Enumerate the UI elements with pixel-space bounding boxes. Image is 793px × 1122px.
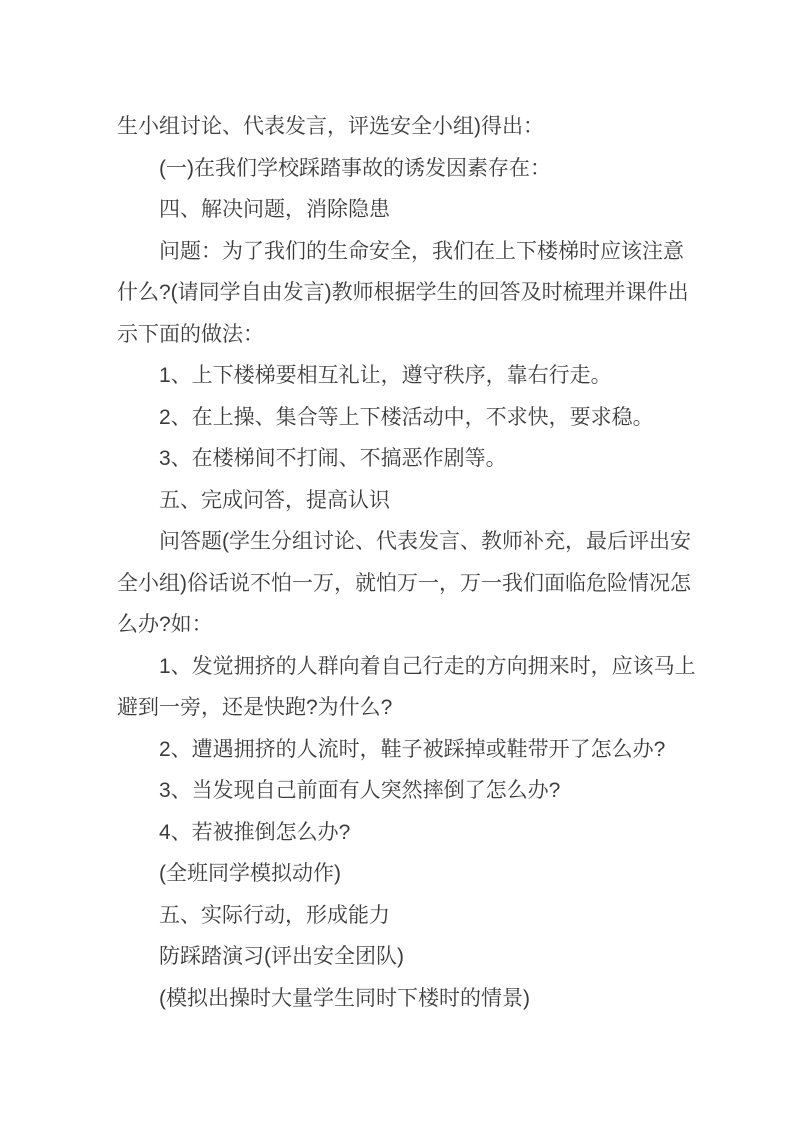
text-line: (一)在我们学校踩踏事故的诱发因素存在： [117,148,679,190]
document-page: 生小组讨论、代表发言，评选安全小组)得出：(一)在我们学校踩踏事故的诱发因素存在… [0,0,793,1122]
text-line: 生小组讨论、代表发言，评选安全小组)得出： [117,106,679,148]
text-line: 示下面的做法： [117,314,679,356]
text-line: 1、发觉拥挤的人群向着自己行走的方向拥来时，应该马上 [117,646,679,688]
text-line: 1、上下楼梯要相互礼让，遵守秩序，靠右行走。 [117,355,679,397]
text-line: 4、若被推倒怎么办? [117,812,679,854]
text-line: 避到一旁，还是快跑?为什么? [117,687,679,729]
text-line: (全班同学模拟动作) [117,853,679,895]
text-line: 3、在楼梯间不打闹、不搞恶作剧等。 [117,438,679,480]
text-line: 四、解决问题，消除隐患 [117,189,679,231]
text-line: 问答题(学生分组讨论、代表发言、教师补充，最后评出安 [117,521,679,563]
text-line: 3、当发现自己前面有人突然摔倒了怎么办? [117,770,679,812]
text-line: 2、遭遇拥挤的人流时，鞋子被踩掉或鞋带开了怎么办? [117,729,679,771]
text-line: 五、实际行动，形成能力 [117,895,679,937]
text-line: 全小组)俗话说不怕一万，就怕万一，万一我们面临危险情况怎 [117,563,679,605]
document-body: 生小组讨论、代表发言，评选安全小组)得出：(一)在我们学校踩踏事故的诱发因素存在… [117,106,679,1019]
text-line: 问题：为了我们的生命安全，我们在上下楼梯时应该注意 [117,231,679,273]
text-line: 2、在上操、集合等上下楼活动中，不求快，要求稳。 [117,397,679,439]
text-line: 么办?如： [117,604,679,646]
text-line: (模拟出操时大量学生同时下楼时的情景) [117,978,679,1020]
text-line: 防踩踏演习(评出安全团队) [117,936,679,978]
text-line: 什么?(请同学自由发言)教师根据学生的回答及时梳理并课件出 [117,272,679,314]
text-line: 五、完成问答，提高认识 [117,480,679,522]
